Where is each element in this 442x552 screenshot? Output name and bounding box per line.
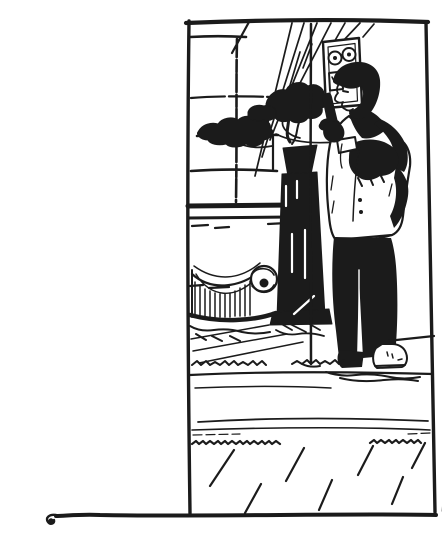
flourish-dot <box>48 518 53 523</box>
floor-line-2 <box>198 419 428 423</box>
plant-pedestal <box>270 145 332 336</box>
ball-center <box>260 279 269 288</box>
foliage-clump-mid <box>248 105 276 121</box>
shoe-sole <box>375 365 405 366</box>
bonsai-tree <box>197 83 340 148</box>
flower-pot <box>283 145 317 176</box>
slatted-basket <box>190 263 277 341</box>
pedestal-body <box>277 172 325 318</box>
baseline-flourish <box>47 514 436 523</box>
floor-line-1 <box>195 387 331 389</box>
rug-fringe-doorway <box>192 360 358 365</box>
rug-fringe-front <box>192 440 421 444</box>
illustration-svg <box>40 16 442 536</box>
jacket-button-2 <box>359 210 363 214</box>
jacket-button-1 <box>358 198 362 202</box>
illustration <box>40 16 442 536</box>
threshold-line <box>190 372 433 375</box>
floor-dashes <box>193 433 430 435</box>
boy-on-telephone <box>323 62 420 381</box>
window-with-sash-bars <box>188 22 293 288</box>
floor-line-3 <box>192 428 430 430</box>
left-shoe <box>338 350 364 368</box>
eye <box>343 91 348 92</box>
plank-diagonals <box>210 443 425 513</box>
